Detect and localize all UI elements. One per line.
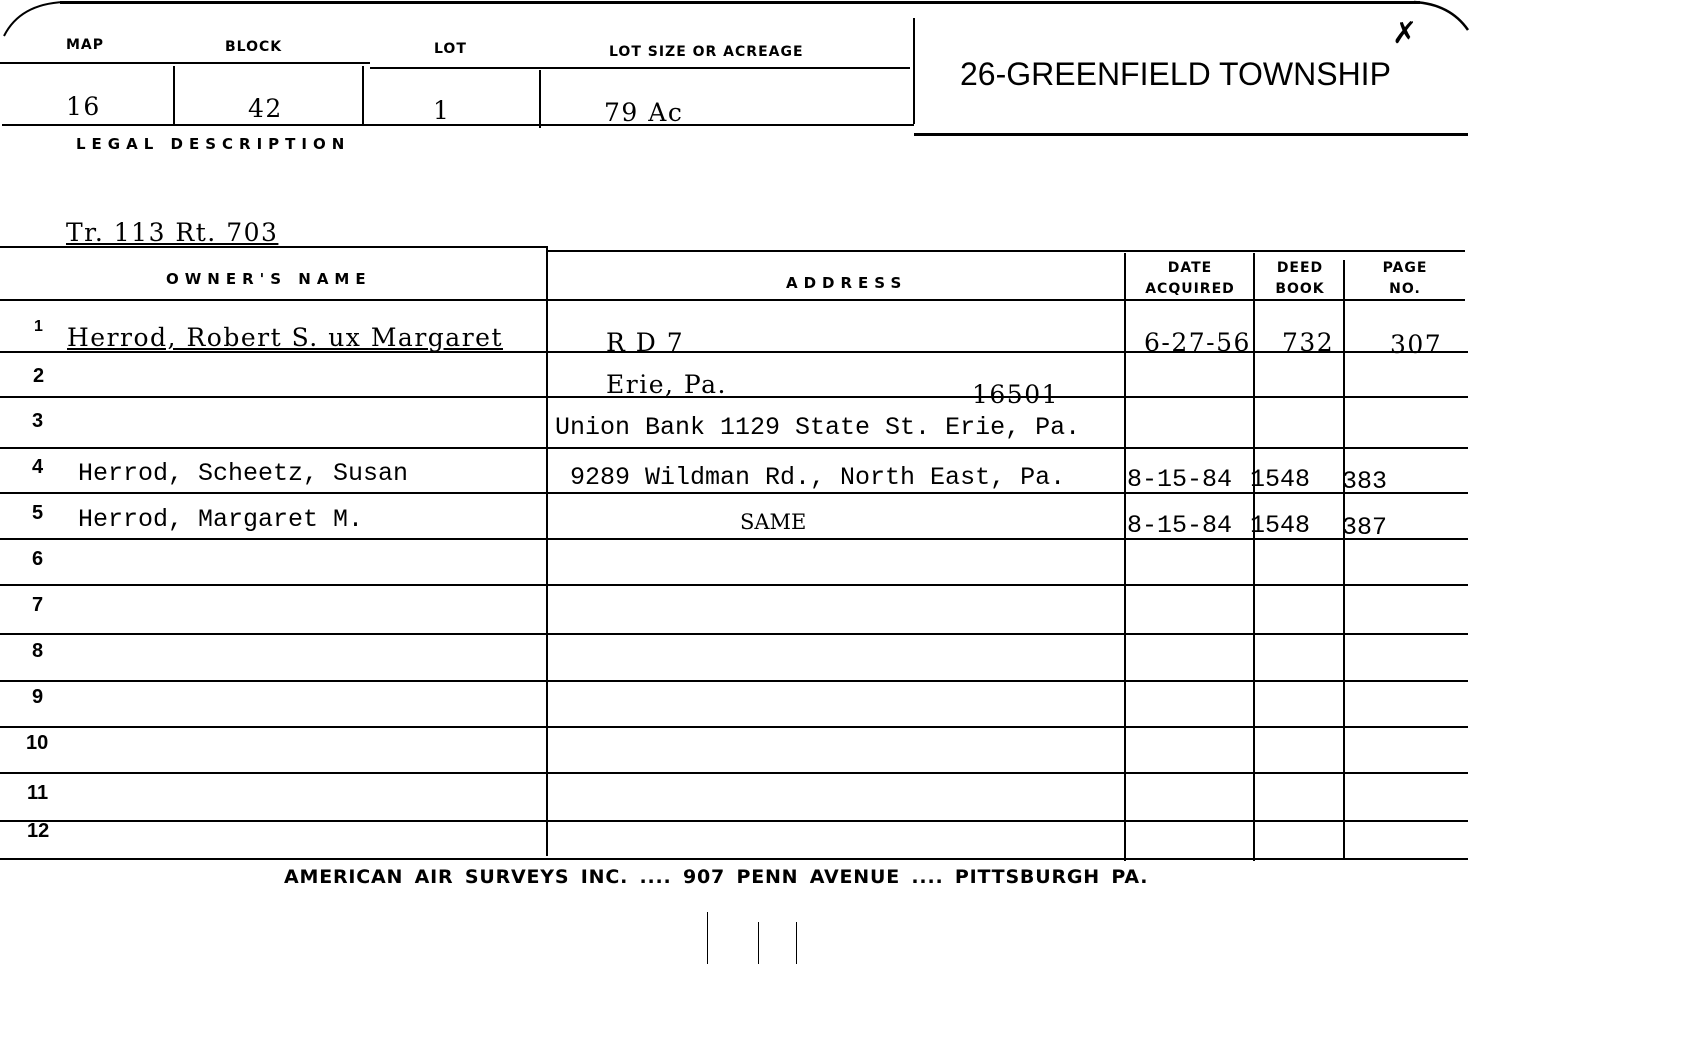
owner-name-5: Herrod, Margaret M. [78,505,363,534]
address-5: SAME [740,510,806,534]
map-label: MAP [66,37,104,53]
address-2: Erie, Pa. [606,370,727,399]
page-no-5: 387 [1342,513,1387,542]
header-vline-3 [539,70,541,128]
col-header-date-line1: DATE [1126,258,1254,279]
row-num-10: 10 [26,732,48,755]
punch-mark-2 [758,922,759,964]
row-line-3 [0,447,1468,449]
deed-book-4: 1548 [1250,465,1310,494]
block-value: 42 [248,94,283,123]
row-line-10 [0,772,1468,774]
row-line-11 [0,820,1468,822]
row-num-7: 7 [32,594,43,617]
col-divider-date-book [1253,253,1255,861]
col-divider-owner-address [546,246,548,856]
header-vline-2 [362,66,364,126]
legal-description-line [0,246,548,248]
row-line-8 [0,680,1468,682]
legal-description-value: Tr. 113 Rt. 703 [66,218,278,247]
address-4: 9289 Wildman Rd., North East, Pa. [570,463,1065,492]
owner-name-1: Herrod, Robert S. ux Margaret [67,323,503,352]
col-divider-address-date [1124,253,1126,861]
lot-size-value: 79 Ac [604,98,683,127]
check-mark-icon: ✗ [1392,16,1417,51]
footer-imprint: AMERICAN AIR SURVEYS INC. .... 907 PENN … [284,866,1148,888]
col-header-page-line1: PAGE [1345,258,1465,279]
row-num-2: 2 [33,365,44,388]
col-header-owner-name: OWNER'S NAME [166,270,372,288]
row-line-7 [0,633,1468,635]
page-no-4: 383 [1342,467,1387,496]
col-header-date-acquired: DATE ACQUIRED [1126,258,1254,300]
card-top-edge [60,1,1420,4]
header-vline-1 [173,66,175,124]
address-zip-2: 16501 [972,380,1059,409]
punch-mark-1 [707,912,708,964]
row-num-8: 8 [32,640,43,663]
row-line-12 [0,858,1468,860]
col-header-deed-book: DEED BOOK [1255,258,1345,300]
lot-value: 1 [433,96,450,125]
legal-description-label: LEGAL DESCRIPTION [76,135,350,153]
title-underline [914,133,1468,136]
deed-book-1: 732 [1282,328,1334,357]
lot-label: LOT [434,41,467,57]
deed-book-5: 1548 [1250,511,1310,540]
col-header-page-line2: NO. [1345,279,1465,300]
row-line-4 [0,492,1468,494]
address-1: R D 7 [606,328,684,357]
row-num-5: 5 [32,502,43,525]
township-title: 26-GREENFIELD TOWNSHIP [960,56,1391,93]
card-corner-left [0,0,70,40]
row-num-6: 6 [32,548,43,571]
header-vline-title [913,18,915,124]
date-acquired-5: 8-15-84 [1127,511,1232,540]
header-divider-bottom [2,124,914,126]
col-divider-book-page [1343,260,1345,860]
col-header-date-line2: ACQUIRED [1126,279,1254,300]
lot-size-label: LOT SIZE OR ACREAGE [609,44,804,60]
date-acquired-4: 8-15-84 [1127,465,1232,494]
row-num-12: 12 [27,820,49,843]
row-num-9: 9 [32,686,43,709]
col-header-address: ADDRESS [786,274,907,292]
owner-name-4: Herrod, Scheetz, Susan [78,459,408,488]
date-acquired-1: 6-27-56 [1144,328,1251,357]
punch-mark-3 [796,922,797,964]
col-header-book-line1: DEED [1255,258,1345,279]
row-line-9 [0,726,1468,728]
row-num-11: 11 [27,782,48,805]
row-line-2 [0,396,1468,398]
map-value: 16 [66,92,101,121]
address-3: Union Bank 1129 State St. Erie, Pa. [555,413,1080,442]
row-line-6 [0,584,1468,586]
header-divider-top [0,62,370,64]
row-line-5 [0,538,1468,540]
header-divider-top-2 [370,67,910,69]
card-corner-right [1410,0,1480,40]
table-top-line [548,250,1465,252]
page-no-1: 307 [1390,330,1442,359]
row-num-1: 1 [34,318,43,336]
col-header-book-line2: BOOK [1255,279,1345,300]
col-header-page-no: PAGE NO. [1345,258,1465,300]
row-num-4: 4 [32,456,43,479]
row-num-3: 3 [32,410,43,433]
block-label: BLOCK [225,39,282,55]
